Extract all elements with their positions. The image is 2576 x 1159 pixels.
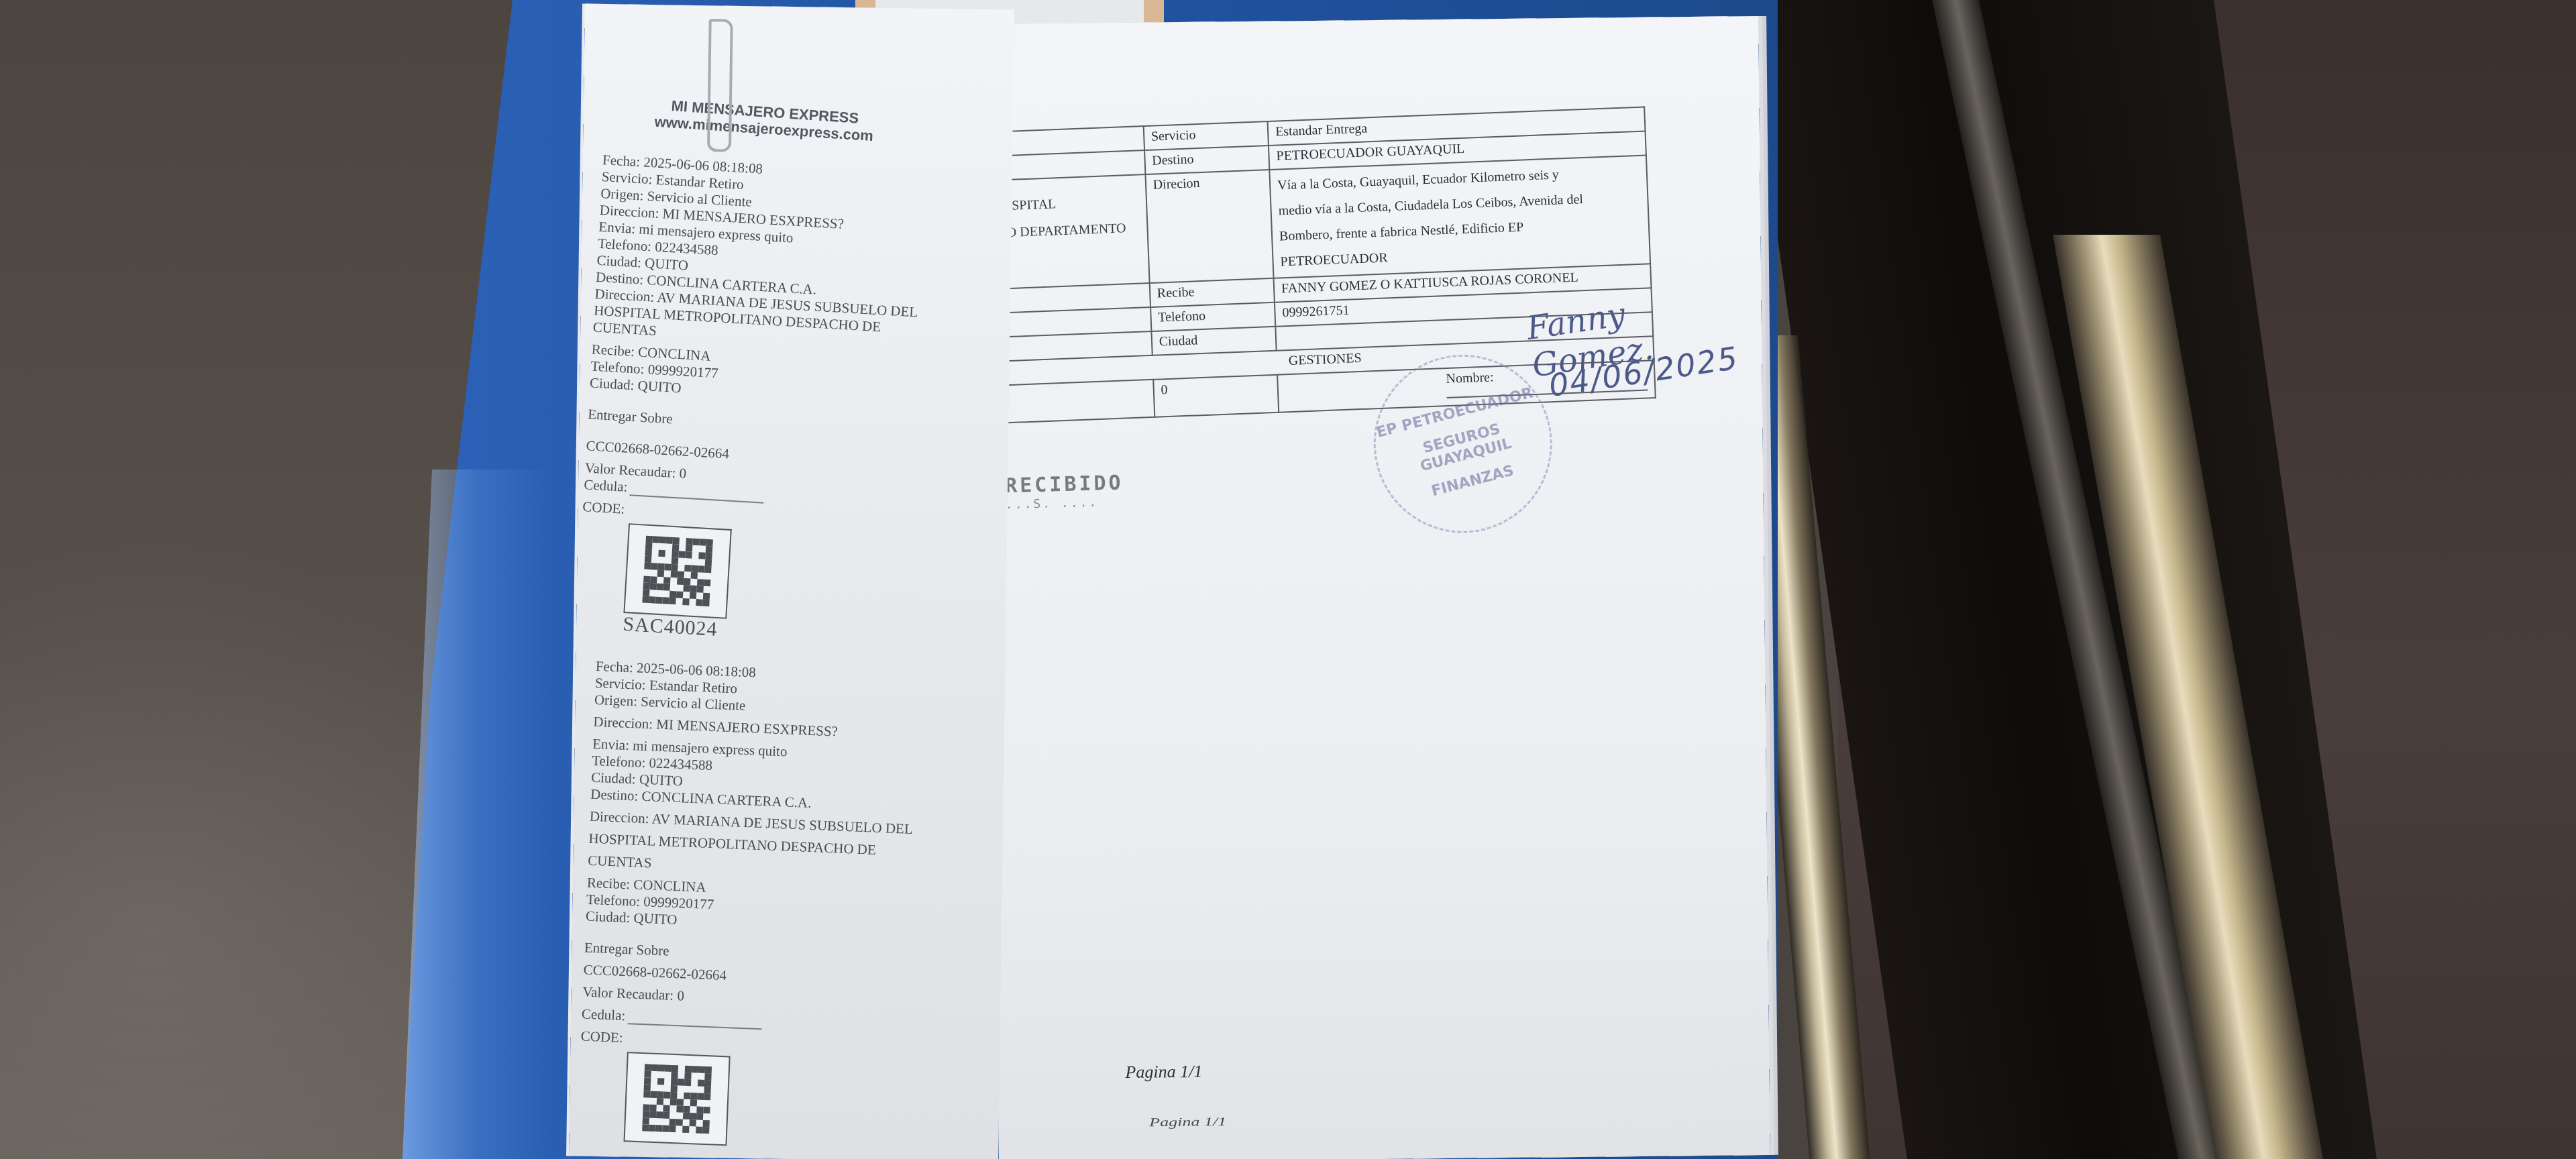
tracking-code: SAC40024	[622, 613, 951, 655]
label-direcion: Direcion	[1145, 170, 1273, 283]
gestiones-value: 0	[1153, 375, 1279, 417]
receipt-header: MI MENSAJERO EXPRESS www.mimensajeroexpr…	[623, 95, 906, 147]
value-direcion: Vía a la Costa, Guayaquil, Ecuador Kilom…	[1269, 155, 1650, 278]
qr-code-icon	[623, 1052, 730, 1146]
left-col-fragment: IOSPITAL LO DEPARTAMENTO	[990, 174, 1150, 289]
receipt-copy-2: Fecha: 2025-06-06 08:18:08 Servicio: Est…	[577, 658, 971, 1155]
delivery-form-page: Servicio Estandar Entrega Destino PETROE…	[987, 16, 1770, 1159]
paperclip-icon	[707, 19, 733, 152]
received-stamp: RECIBIDO ...S. ....	[1005, 471, 1124, 512]
page-number-underlying: Pagina 1/1	[1149, 1115, 1226, 1129]
qr-code-icon	[623, 523, 731, 619]
courier-receipt: MI MENSAJERO EXPRESS www.mimensajeroexpr…	[569, 4, 1014, 1159]
receipt-copy-1: Fecha: 2025-06-06 08:18:08 Servicio: Est…	[576, 152, 978, 655]
page-number: Pagina 1/1	[1125, 1062, 1202, 1083]
